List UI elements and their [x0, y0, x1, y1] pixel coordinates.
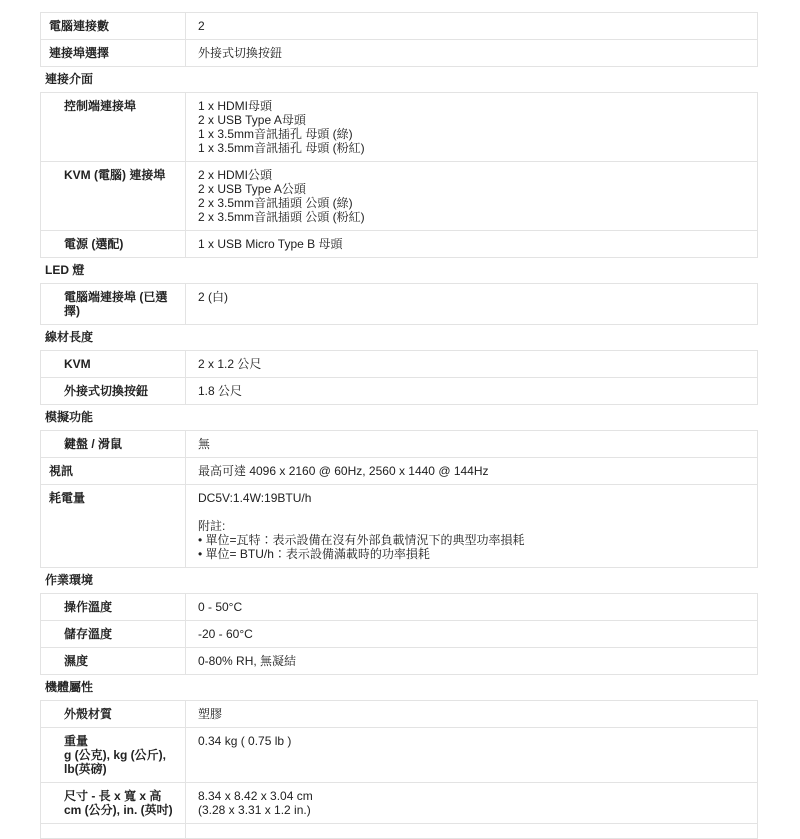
- row-value-line: 最高可達 4096 x 2160 @ 60Hz, 2560 x 1440 @ 1…: [198, 464, 745, 478]
- row-value-line: 2 x USB Type A公頭: [198, 182, 745, 196]
- row-label: 電腦端連接埠 (已選擇): [41, 284, 186, 324]
- spec-row-port-selection: 連接埠選擇 外接式切換按鈕: [40, 40, 758, 67]
- spec-row-console-ports: 控制端連接埠 1 x HDMI母頭 2 x USB Type A母頭 1 x 3…: [40, 93, 758, 162]
- row-value: 0.34 kg ( 0.75 lb ): [186, 728, 757, 782]
- spec-row-kvm-ports: KVM (電腦) 連接埠 2 x HDMI公頭 2 x USB Type A公頭…: [40, 162, 758, 231]
- row-value-line: 2: [198, 19, 745, 33]
- spec-row-computer-connections: 電腦連接數 2: [40, 13, 758, 40]
- row-value-line: 1 x HDMI母頭: [198, 99, 745, 113]
- row-value-line: 附註:: [198, 519, 745, 533]
- spec-section-emulation: 模擬功能: [40, 405, 758, 431]
- row-label: KVM (電腦) 連接埠: [41, 162, 186, 230]
- row-value-line: 2 x 3.5mm音訊插頭 公頭 (粉紅): [198, 210, 745, 224]
- row-value: 1.8 公尺: [186, 378, 757, 404]
- row-label: 鍵盤 / 滑鼠: [41, 431, 186, 457]
- spec-row-weight: 重量 g (公克), kg (公斤), lb(英磅) 0.34 kg ( 0.7…: [40, 728, 758, 783]
- row-value: 塑膠: [186, 701, 757, 727]
- spec-row-kvm-cable: KVM 2 x 1.2 公尺: [40, 351, 758, 378]
- row-value-line: 外接式切換按鈕: [198, 46, 745, 60]
- row-value-line: 0 - 50°C: [198, 600, 745, 614]
- row-value: 2 (白): [186, 284, 757, 324]
- row-label: 尺寸 - 長 x 寬 x 高 cm (公分), in. (英吋): [41, 783, 186, 800]
- spec-section-cable-length: 線材長度: [40, 325, 758, 351]
- row-value-line: 無: [198, 437, 745, 451]
- row-label: 控制端連接埠: [41, 93, 186, 161]
- row-value: 1 x HDMI母頭 2 x USB Type A母頭 1 x 3.5mm音訊插…: [186, 93, 757, 161]
- row-value: 2 x 1.2 公尺: [186, 351, 757, 377]
- row-value-line: • 單位=瓦特：表示設備在沒有外部負載情況下的典型功率損耗: [198, 533, 745, 547]
- row-label: 電腦連接數: [41, 13, 186, 39]
- row-value: 最高可達 4096 x 2160 @ 60Hz, 2560 x 1440 @ 1…: [186, 458, 757, 484]
- row-label-line: 重量: [64, 734, 179, 748]
- spec-row-humidity: 濕度 0-80% RH, 無凝結: [40, 648, 758, 675]
- row-value-line: 1 x 3.5mm音訊插孔 母頭 (粉紅): [198, 141, 745, 155]
- row-value-line: 0.34 kg ( 0.75 lb ): [198, 734, 745, 748]
- row-value-line: 1 x USB Micro Type B 母頭: [198, 237, 745, 251]
- spec-row-remote-switch-cable: 外接式切換按鈕 1.8 公尺: [40, 378, 758, 405]
- row-value-line: 8.34 x 8.42 x 3.04 cm: [198, 789, 745, 800]
- row-value: 外接式切換按鈕: [186, 40, 757, 66]
- row-value-line: 2 x 3.5mm音訊插頭 公頭 (綠): [198, 196, 745, 210]
- row-label: 重量 g (公克), kg (公斤), lb(英磅): [41, 728, 186, 782]
- spec-row-video: 視訊 最高可達 4096 x 2160 @ 60Hz, 2560 x 1440 …: [40, 458, 758, 485]
- row-label: 儲存溫度: [41, 621, 186, 647]
- spec-row-housing-material: 外殼材質 塑膠: [40, 701, 758, 728]
- spec-section-physical-properties: 機體屬性: [40, 675, 758, 701]
- row-label: 操作溫度: [41, 594, 186, 620]
- row-label-line: 尺寸 - 長 x 寬 x 高: [64, 789, 179, 800]
- row-label: KVM: [41, 351, 186, 377]
- row-value-line: -20 - 60°C: [198, 627, 745, 641]
- row-value-line: 2 (白): [198, 290, 745, 304]
- row-value-line: 2 x 1.2 公尺: [198, 357, 745, 371]
- row-value: -20 - 60°C: [186, 621, 757, 647]
- row-label: 耗電量: [41, 485, 186, 567]
- row-value: 0-80% RH, 無凝結: [186, 648, 757, 674]
- row-value: 0 - 50°C: [186, 594, 757, 620]
- row-value: 1 x USB Micro Type B 母頭: [186, 231, 757, 257]
- row-value-line: 2 x USB Type A母頭: [198, 113, 745, 127]
- row-value-line: 塑膠: [198, 707, 745, 721]
- row-label: 外殼材質: [41, 701, 186, 727]
- row-value: 8.34 x 8.42 x 3.04 cm (3.28 x 3.31 x 1.2…: [186, 783, 757, 800]
- row-value: DC5V:1.4W:19BTU/h 附註: • 單位=瓦特：表示設備在沒有外部負…: [186, 485, 757, 567]
- row-value: 2 x HDMI公頭 2 x USB Type A公頭 2 x 3.5mm音訊插…: [186, 162, 757, 230]
- row-value: 2: [186, 13, 757, 39]
- spec-row-power-consumption: 耗電量 DC5V:1.4W:19BTU/h 附註: • 單位=瓦特：表示設備在沒…: [40, 485, 758, 568]
- row-value-line: • 單位= BTU/h：表示設備滿載時的功率損耗: [198, 547, 745, 561]
- row-label-unit-line: g (公克), kg (公斤), lb(英磅): [64, 748, 179, 776]
- spec-row-power-optional: 電源 (選配) 1 x USB Micro Type B 母頭: [40, 231, 758, 258]
- spec-section-led: LED 燈: [40, 258, 758, 284]
- row-label: 電源 (選配): [41, 231, 186, 257]
- spec-row-operating-temp: 操作溫度 0 - 50°C: [40, 594, 758, 621]
- row-value-line: DC5V:1.4W:19BTU/h: [198, 491, 745, 505]
- row-value-line: [198, 505, 745, 519]
- row-value-line: 0-80% RH, 無凝結: [198, 654, 745, 668]
- spec-row-led-selected-port: 電腦端連接埠 (已選擇) 2 (白): [40, 284, 758, 325]
- product-spec-table: 電腦連接數 2 連接埠選擇 外接式切換按鈕 連接介面 控制端連接埠 1 x HD…: [40, 12, 758, 800]
- row-label: 濕度: [41, 648, 186, 674]
- row-label: 外接式切換按鈕: [41, 378, 186, 404]
- row-value-line: 1 x 3.5mm音訊插孔 母頭 (綠): [198, 127, 745, 141]
- row-value-line: 2 x HDMI公頭: [198, 168, 745, 182]
- spec-row-dimensions: 尺寸 - 長 x 寬 x 高 cm (公分), in. (英吋) 8.34 x …: [40, 783, 758, 800]
- spec-section-operating-environment: 作業環境: [40, 568, 758, 594]
- row-value-line: 1.8 公尺: [198, 384, 745, 398]
- spec-row-storage-temp: 儲存溫度 -20 - 60°C: [40, 621, 758, 648]
- spec-section-connection-interface: 連接介面: [40, 67, 758, 93]
- row-value: 無: [186, 431, 757, 457]
- spec-row-keyboard-mouse: 鍵盤 / 滑鼠 無: [40, 431, 758, 458]
- row-label: 連接埠選擇: [41, 40, 186, 66]
- row-label: 視訊: [41, 458, 186, 484]
